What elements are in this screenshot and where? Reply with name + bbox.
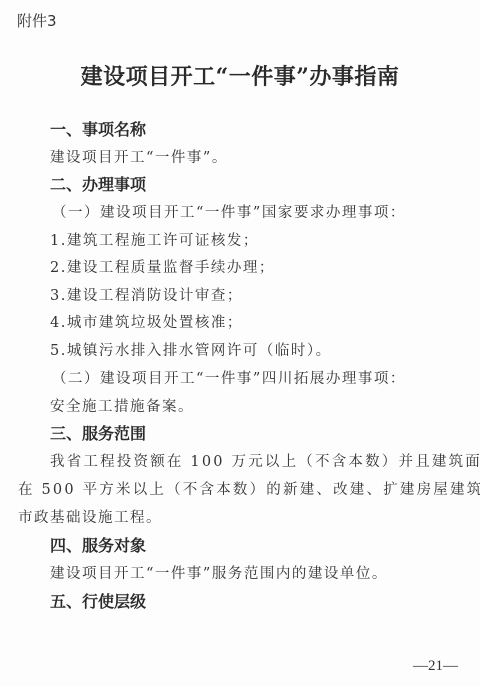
list-item: 3.建设工程消防设计审查；: [50, 286, 243, 306]
attachment-label: 附件3: [17, 10, 57, 31]
section-content-service-target: 建设项目开工“一件事”服务范围内的建设单位。: [50, 564, 388, 584]
list-item: 4.城市建筑垃圾处置核准；: [50, 313, 243, 333]
list-item: 5.城镇污水排入排水管网许可（临时）。: [50, 341, 332, 361]
section-content-item-name: 建设项目开工“一件事”。: [50, 148, 228, 168]
paragraph-line: 市政基础设施工程。: [18, 508, 162, 528]
paragraph-line: 在 500 平方米以上（不含本数）的新建、改建、扩建房屋建筑和: [18, 480, 480, 500]
subsection-title-national: （一）建设项目开工“一件事”国家要求办理事项：: [52, 203, 406, 223]
document-page: 附件3 建设项目开工“一件事”办事指南 一、事项名称 建设项目开工“一件事”。 …: [0, 0, 480, 686]
subsection-title-sichuan: （二）建设项目开工“一件事”四川拓展办理事项：: [52, 369, 406, 389]
list-item: 1.建筑工程施工许可证核发；: [50, 231, 259, 251]
section-heading-exercise-level: 五、行使层级: [50, 592, 146, 612]
list-item: 2.建设工程质量监督手续办理；: [50, 258, 275, 278]
section-heading-service-scope: 三、服务范围: [50, 424, 146, 444]
document-title: 建设项目开工“一件事”办事指南: [0, 60, 480, 91]
page-number: —21—: [413, 658, 458, 675]
section-heading-handling-items: 二、办理事项: [50, 175, 146, 195]
paragraph-line: 我省工程投资额在 100 万元以上（不含本数）并且建筑面积: [50, 452, 480, 472]
list-item: 安全施工措施备案。: [50, 397, 194, 417]
section-heading-item-name: 一、事项名称: [50, 120, 146, 140]
section-heading-service-target: 四、服务对象: [50, 536, 146, 556]
